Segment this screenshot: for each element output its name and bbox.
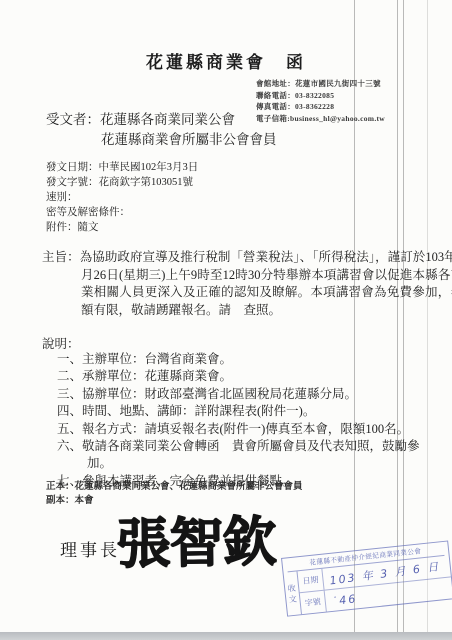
recipient-block: 受文者：花蓮縣各商業同業公會 花蓮縣商業會所屬非公會會員 [46, 110, 277, 149]
document-page: 花蓮縣商業會 函 會館地址：花蓮市國民九街四十三號 聯絡電話：03-832208… [0, 0, 452, 640]
explanation-item-6: 六、敬請各商業同業公會轉函 貴會所屬會員及代表知照，鼓勵參加。 [57, 438, 439, 473]
explanation-item-3: 三、協辦單位：財政部臺灣省北區國稅局花蓮縣分局。 [57, 386, 439, 403]
attachment: 附件：隨文 [46, 220, 198, 235]
explanation-item-4: 四、時間、地點、講師：詳附課程表(附件一)。 [57, 403, 439, 420]
speed-class: 速別： [46, 190, 198, 205]
subject-paragraph: 主旨：為協助政府宣導及推行稅制「營業稅法」、「所得稅法」，謹訂於103年3月26… [42, 249, 452, 319]
chairman-title: 理事長 [60, 536, 120, 561]
document-title: 花蓮縣商業會 函 [0, 48, 452, 73]
explanation-item-5: 五、報名方式：請填妥報名表(附件一)傳真至本會，限額100名。 [57, 421, 439, 438]
security-class: 密等及解密條件： [46, 205, 198, 220]
stamp-date-label: 日期 [297, 569, 324, 592]
contact-phone: 聯絡電話：03-8322085 [256, 90, 385, 102]
recipient-name-1: 花蓮縣各商業同業公會 [100, 112, 235, 127]
explanation-list: 一、主辦單位：台灣省商業會。 二、承辦單位：花蓮縣商業會。 三、協辦單位：財政部… [57, 351, 439, 490]
issue-number: 發文字號：花商欽字第103051號 [46, 175, 198, 190]
stamp-number-label: 字號 [300, 591, 327, 614]
recipient-line-1: 受文者：花蓮縣各商業同業公會 [46, 110, 277, 130]
original-recipients: 正本：花蓮縣各商業同業公會、花蓮縣商業會所屬非公會會員 [46, 481, 303, 495]
issue-date: 發文日期：中華民國102年3月3日 [46, 160, 198, 175]
recipient-name-2: 花蓮縣商業會所屬非公會會員 [101, 130, 277, 150]
explanation-label: 說明： [42, 334, 80, 352]
contact-address: 會館地址：花蓮市國民九街四十三號 [256, 78, 385, 90]
subject-text: 為協助政府宣導及推行稅制「營業稅法」、「所得稅法」，謹訂於103年3月26日(星… [80, 250, 452, 317]
explanation-item-2: 二、承辦單位：花蓮縣商業會。 [57, 368, 439, 385]
scanner-edge-strip [0, 632, 452, 640]
explanation-item-1: 一、主辦單位：台灣省商業會。 [57, 351, 439, 368]
recipient-label: 受文者： [46, 112, 100, 127]
chairman-signature: 張智欽 [115, 499, 275, 579]
subject-label: 主旨： [42, 250, 80, 264]
meta-block: 發文日期：中華民國102年3月3日 發文字號：花商欽字第103051號 速別： … [46, 160, 198, 235]
